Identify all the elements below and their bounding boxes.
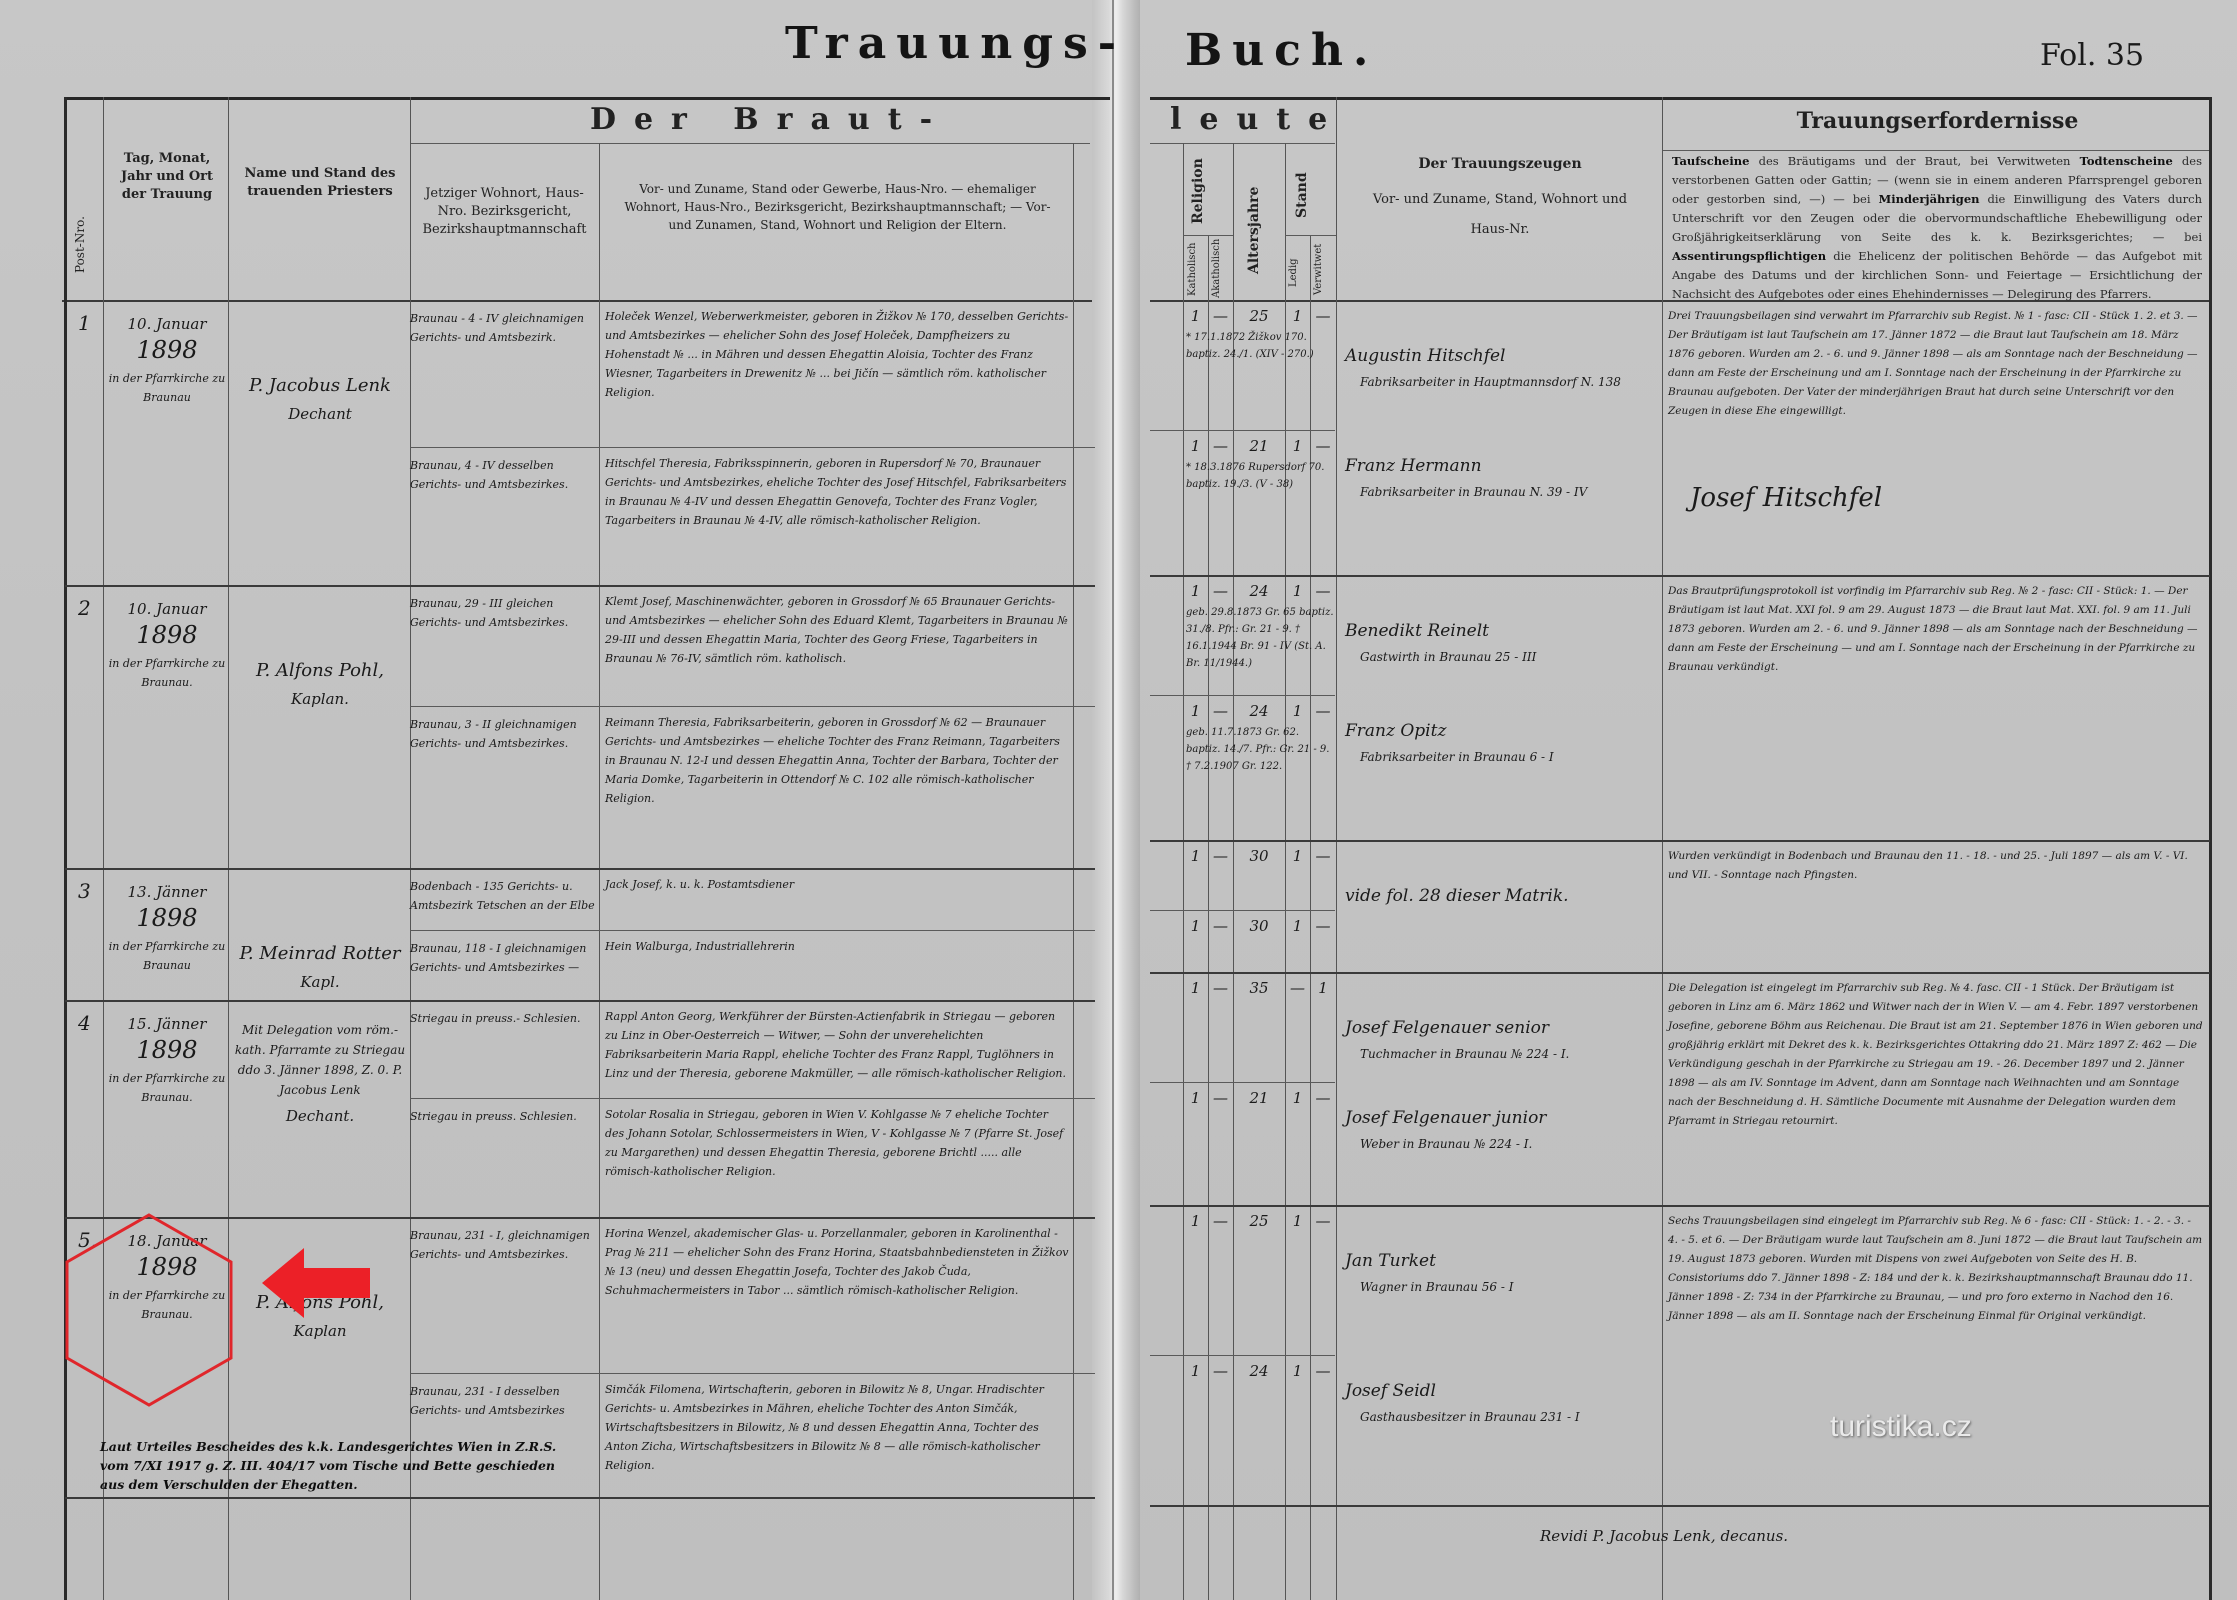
bride-birth-note: * 18.3.1876 Rupersdorf 70. baptiz. 19./3…	[1186, 459, 1334, 493]
groom-akatholisch: —	[1208, 1210, 1233, 1232]
bride-verwitwet: —	[1310, 435, 1336, 457]
bride-details: Reimann Theresia, Fabriksarbeiterin, geb…	[605, 713, 1070, 808]
groom-age: 30	[1233, 845, 1285, 867]
bride-katholisch: 1	[1183, 700, 1208, 722]
groom-verwitwet: —	[1310, 305, 1336, 327]
watermark: turistika.cz	[1830, 1410, 1972, 1444]
bride-ledig: 1	[1285, 1360, 1310, 1382]
witness-detail: Fabriksarbeiter in Braunau 6 - I	[1360, 748, 1650, 767]
bride-age: 21	[1233, 1087, 1285, 1109]
entry-place: in der Pfarrkirche zu Braunau	[108, 369, 226, 407]
table-top-border-right	[1150, 97, 2210, 100]
groom-age: 35	[1233, 977, 1285, 999]
groom-verwitwet: —	[1310, 580, 1336, 602]
split-5	[410, 1373, 1095, 1374]
header-verwitwet: Verwitwet	[1313, 240, 1331, 298]
witness-detail: Tuchmacher in Braunau № 224 - I.	[1360, 1045, 1650, 1064]
requirements-text-part: Assentirungspflichtigen	[1672, 249, 1826, 263]
header-stand: Stand	[1294, 160, 1328, 230]
entry-requirements: Wurden verkündigt in Bodenbach und Braun…	[1668, 847, 2203, 885]
split-2r	[1150, 695, 1335, 696]
bride-residence: Braunau, 231 - I desselben Gerichts- und…	[410, 1382, 595, 1420]
entry-place: in der Pfarrkirche zu Braunau.	[108, 654, 226, 692]
witness-detail: Fabriksarbeiter in Braunau N. 39 - IV	[1360, 483, 1650, 502]
groom-verwitwet: —	[1310, 845, 1336, 867]
bride-ledig: 1	[1285, 915, 1310, 937]
bride-akatholisch: —	[1208, 1087, 1233, 1109]
col-witnesses	[1336, 97, 1337, 1600]
witness-name: Franz Hermann	[1345, 455, 1655, 477]
father-signature: Josef Hitschfel	[1690, 485, 1882, 511]
groom-residence: Striegau in preuss.- Schlesien.	[410, 1009, 595, 1028]
groom-verwitwet: —	[1310, 1210, 1336, 1232]
entry-date: 10. Januar	[108, 313, 226, 335]
entry-number: 3	[78, 878, 91, 904]
split-1	[410, 447, 1095, 448]
leute-sub-border	[1150, 143, 1335, 144]
right-table-border	[2209, 97, 2212, 1600]
groom-ledig: 1	[1285, 1210, 1310, 1232]
witness-name: Augustin Hitschfel	[1345, 345, 1655, 367]
witness-detail: Wagner in Braunau 56 - I	[1360, 1278, 1650, 1297]
groom-ledig: 1	[1285, 845, 1310, 867]
col-divider-names-end	[1073, 143, 1074, 1600]
table-top-border-left	[65, 97, 1110, 100]
bride-details: Hitschfel Theresia, Fabriksspinnerin, ge…	[605, 454, 1070, 530]
bride-details: Simčák Filomena, Wirtschafterin, geboren…	[605, 1380, 1070, 1475]
groom-age: 25	[1233, 1210, 1285, 1232]
split-4	[410, 1098, 1095, 1099]
header-religion: Religion	[1190, 150, 1226, 232]
groom-details: Horina Wenzel, akademischer Glas- u. Por…	[605, 1224, 1070, 1300]
header-names: Vor- und Zuname, Stand oder Gewerbe, Hau…	[615, 180, 1060, 234]
groom-residence: Braunau, 29 - III gleichen Gerichts- und…	[410, 594, 595, 632]
groom-details: Klemt Josef, Maschinenwächter, geboren i…	[605, 592, 1070, 668]
groom-ledig: 1	[1285, 305, 1310, 327]
entry-requirements: Das Brautprüfungsprotokoll ist vorfindig…	[1668, 582, 2203, 677]
col-requirements	[1662, 97, 1663, 1600]
gutter-binding	[1112, 0, 1114, 1600]
witness-name: Josef Seidl	[1345, 1380, 1655, 1402]
bride-verwitwet: —	[1310, 1087, 1336, 1109]
groom-katholisch: 1	[1183, 305, 1208, 327]
entry-number: 1	[78, 310, 91, 336]
split-2	[410, 706, 1095, 707]
split-4r	[1150, 1082, 1335, 1083]
bride-birth-note: geb. 11.7.1873 Gr. 62. baptiz. 14./7. Pf…	[1186, 724, 1334, 775]
red-arrow-icon	[262, 1248, 372, 1318]
bride-verwitwet: —	[1310, 1360, 1336, 1382]
row-line-3	[65, 868, 1095, 870]
bride-ledig: 1	[1285, 700, 1310, 722]
entry-priest-title: Kapl.	[232, 971, 408, 993]
witness-name: Josef Felgenauer senior	[1345, 1017, 1655, 1039]
bride-verwitwet: —	[1310, 915, 1336, 937]
bride-details: Sotolar Rosalia in Striegau, geboren in …	[605, 1105, 1070, 1181]
bride-ledig: 1	[1285, 1087, 1310, 1109]
header-ledig: Ledig	[1288, 250, 1306, 296]
entry-priest: P. Alfons Pohl,	[232, 660, 408, 682]
bride-katholisch: 1	[1183, 435, 1208, 457]
highlight-hexagon	[64, 1212, 234, 1408]
entry-number: 4	[78, 1010, 91, 1036]
witness-detail: Fabriksarbeiter in Hauptmannsdorf N. 138	[1360, 373, 1650, 392]
header-bottom-left	[62, 300, 1092, 302]
bride-age: 21	[1233, 435, 1285, 457]
witness-name: Jan Turket	[1345, 1250, 1655, 1272]
witness-detail: Gasthausbesitzer in Braunau 231 - I	[1360, 1408, 1650, 1427]
bride-katholisch: 1	[1183, 1087, 1208, 1109]
entry-date: 13. Jänner	[108, 881, 226, 903]
groom-katholisch: 1	[1183, 1210, 1208, 1232]
entry-priest-title: Kaplan	[232, 1320, 408, 1342]
split-5r	[1150, 1355, 1335, 1356]
groom-katholisch: 1	[1183, 580, 1208, 602]
stand-sub	[1285, 235, 1336, 236]
groom-verwitwet: 1	[1310, 977, 1336, 999]
header-date-place: Tag, Monat, Jahr und Ort der Trauung	[108, 150, 226, 204]
header-witnesses-sub: Vor- und Zuname, Stand, Wohnort und Haus…	[1365, 185, 1635, 245]
split-3	[410, 930, 1095, 931]
page-title-right: Buch.	[1185, 25, 1378, 76]
groom-ledig: —	[1285, 977, 1310, 999]
bride-age: 30	[1233, 915, 1285, 937]
entry-priest: Mit Delegation vom röm.-kath. Pfarramte …	[232, 1020, 408, 1100]
header-residence: Jetziger Wohnort, Haus-Nro. Bezirksgeric…	[412, 185, 597, 239]
entry-priest: P. Meinrad Rotter	[232, 943, 408, 965]
bride-akatholisch: —	[1208, 915, 1233, 937]
bride-akatholisch: —	[1208, 1360, 1233, 1382]
entry-priest-title: Dechant.	[232, 1105, 408, 1127]
entry-priest: P. Jacobus Lenk	[232, 375, 408, 397]
groom-residence: Braunau, 231 - I, gleichnamigen Gerichts…	[410, 1226, 595, 1264]
requirements-text-part: des Bräutigams und der Braut, bei Verwit…	[1749, 154, 2079, 168]
groom-akatholisch: —	[1208, 305, 1233, 327]
bride-ledig: 1	[1285, 435, 1310, 457]
bride-katholisch: 1	[1183, 915, 1208, 937]
entry-requirements: Die Delegation ist eingelegt im Pfarrarc…	[1668, 979, 2203, 1131]
split-1r	[1150, 430, 1335, 431]
revision-signature: Revidi P. Jacobus Lenk, decanus.	[1540, 1525, 1788, 1547]
row-line-4	[65, 1000, 1095, 1002]
groom-age: 24	[1233, 580, 1285, 602]
split-3r	[1150, 910, 1335, 911]
header-requirements: Trauungserfordernisse	[1670, 108, 2205, 134]
bride-residence: Striegau in preuss. Schlesien.	[410, 1107, 595, 1126]
witness-name: Benedikt Reinelt	[1345, 620, 1655, 642]
entry-year: 1898	[108, 622, 226, 648]
header-katholisch: Katholisch	[1187, 240, 1205, 298]
bride-akatholisch: —	[1208, 435, 1233, 457]
groom-birth-note: geb. 29.8.1873 Gr. 65 baptiz. 31./8. Pfr…	[1186, 604, 1334, 672]
book-gutter	[1092, 0, 1140, 1600]
witness-detail: Gastwirth in Braunau 25 - III	[1360, 648, 1650, 667]
groom-birth-note: * 17.1.1872 Žižkov 170. baptiz. 24./1. (…	[1186, 329, 1334, 363]
groom-akatholisch: —	[1208, 845, 1233, 867]
header-priest: Name und Stand des trauenden Priesters	[234, 165, 406, 201]
bride-residence: Braunau, 3 - II gleichnamigen Gerichts- …	[410, 715, 595, 753]
header-requirements-text: Taufscheine des Bräutigams und der Braut…	[1672, 152, 2202, 304]
header-brautleute-right: leute	[1170, 102, 1330, 137]
entry-place: in der Pfarrkirche zu Braunau	[108, 937, 226, 975]
witness-name: Franz Opitz	[1345, 720, 1655, 742]
groom-age: 25	[1233, 305, 1285, 327]
groom-katholisch: 1	[1183, 845, 1208, 867]
requirements-text-part: Taufscheine	[1672, 154, 1749, 168]
bride-age: 24	[1233, 700, 1285, 722]
entry-priest-title: Dechant	[232, 403, 408, 425]
row-line-6r	[1150, 1505, 2210, 1507]
header-akatholisch: Akatholisch	[1211, 240, 1229, 298]
groom-details: Holeček Wenzel, Weberwerkmeister, gebore…	[605, 307, 1070, 402]
row-line-2r	[1150, 575, 2210, 577]
entry-priest-title: Kaplan.	[232, 688, 408, 710]
requirements-text-part: Minderjährigen	[1879, 192, 1980, 206]
bride-age: 24	[1233, 1360, 1285, 1382]
row-line-3r	[1150, 840, 2210, 842]
entry-year: 1898	[108, 1037, 226, 1063]
entry-date: 10. Januar	[108, 598, 226, 620]
entry-year: 1898	[108, 905, 226, 931]
page-title-left: Trauungs-	[785, 18, 1126, 69]
entry-place: in der Pfarrkirche zu Braunau.	[108, 1069, 226, 1107]
row-line-5r	[1150, 1205, 2210, 1207]
row-line-2	[65, 585, 1095, 587]
entry-number: 2	[78, 595, 91, 621]
witness-detail: Weber in Braunau № 224 - I.	[1360, 1135, 1650, 1154]
margin-annotation: Laut Urteiles Bescheides des k.k. Landes…	[100, 1437, 580, 1494]
entry-year: 1898	[108, 337, 226, 363]
entry-date: 15. Jänner	[108, 1013, 226, 1035]
witness-name: Josef Felgenauer junior	[1345, 1107, 1655, 1129]
header-witnesses: Der Trauungszeugen	[1350, 155, 1650, 173]
bride-katholisch: 1	[1183, 1360, 1208, 1382]
req-sub-border	[1662, 150, 2210, 151]
entry-requirements: Sechs Trauungsbeilagen sind eingelegt im…	[1668, 1212, 2203, 1326]
bride-akatholisch: —	[1208, 700, 1233, 722]
groom-akatholisch: —	[1208, 580, 1233, 602]
header-sub-border-left	[410, 143, 1090, 144]
groom-ledig: 1	[1285, 580, 1310, 602]
bride-residence: Braunau, 4 - IV desselben Gerichts- und …	[410, 456, 595, 494]
col-divider-residence	[599, 143, 600, 1600]
witness-name: vide fol. 28 dieser Matrik.	[1345, 885, 1655, 907]
entry-requirements: Drei Trauungsbeilagen sind verwahrt im P…	[1668, 307, 2203, 421]
bride-verwitwet: —	[1310, 700, 1336, 722]
groom-details: Rappl Anton Georg, Werkführer der Bürste…	[605, 1007, 1070, 1083]
groom-katholisch: 1	[1183, 977, 1208, 999]
header-post-nr: Post-Nro.	[73, 200, 97, 290]
groom-residence: Bodenbach - 135 Gerichts- u. Amtsbezirk …	[410, 877, 595, 915]
religion-sub	[1183, 235, 1233, 236]
row-line-6	[65, 1497, 1095, 1499]
bride-residence: Braunau, 118 - I gleichnamigen Gerichts-…	[410, 939, 595, 977]
requirements-text-part: Todtenscheine	[2080, 154, 2173, 168]
header-altersjahre: Altersjahre	[1246, 170, 1272, 290]
groom-details: Jack Josef, k. u. k. Postamtsdiener	[605, 875, 1070, 894]
groom-residence: Braunau - 4 - IV gleichnamigen Gerichts-…	[410, 309, 595, 347]
header-brautleute-left: Der Braut-	[430, 102, 1110, 137]
folio-number: Fol. 35	[2040, 38, 2144, 73]
groom-akatholisch: —	[1208, 977, 1233, 999]
bride-details: Hein Walburga, Industriallehrerin	[605, 937, 1070, 956]
row-line-4r	[1150, 972, 2210, 974]
